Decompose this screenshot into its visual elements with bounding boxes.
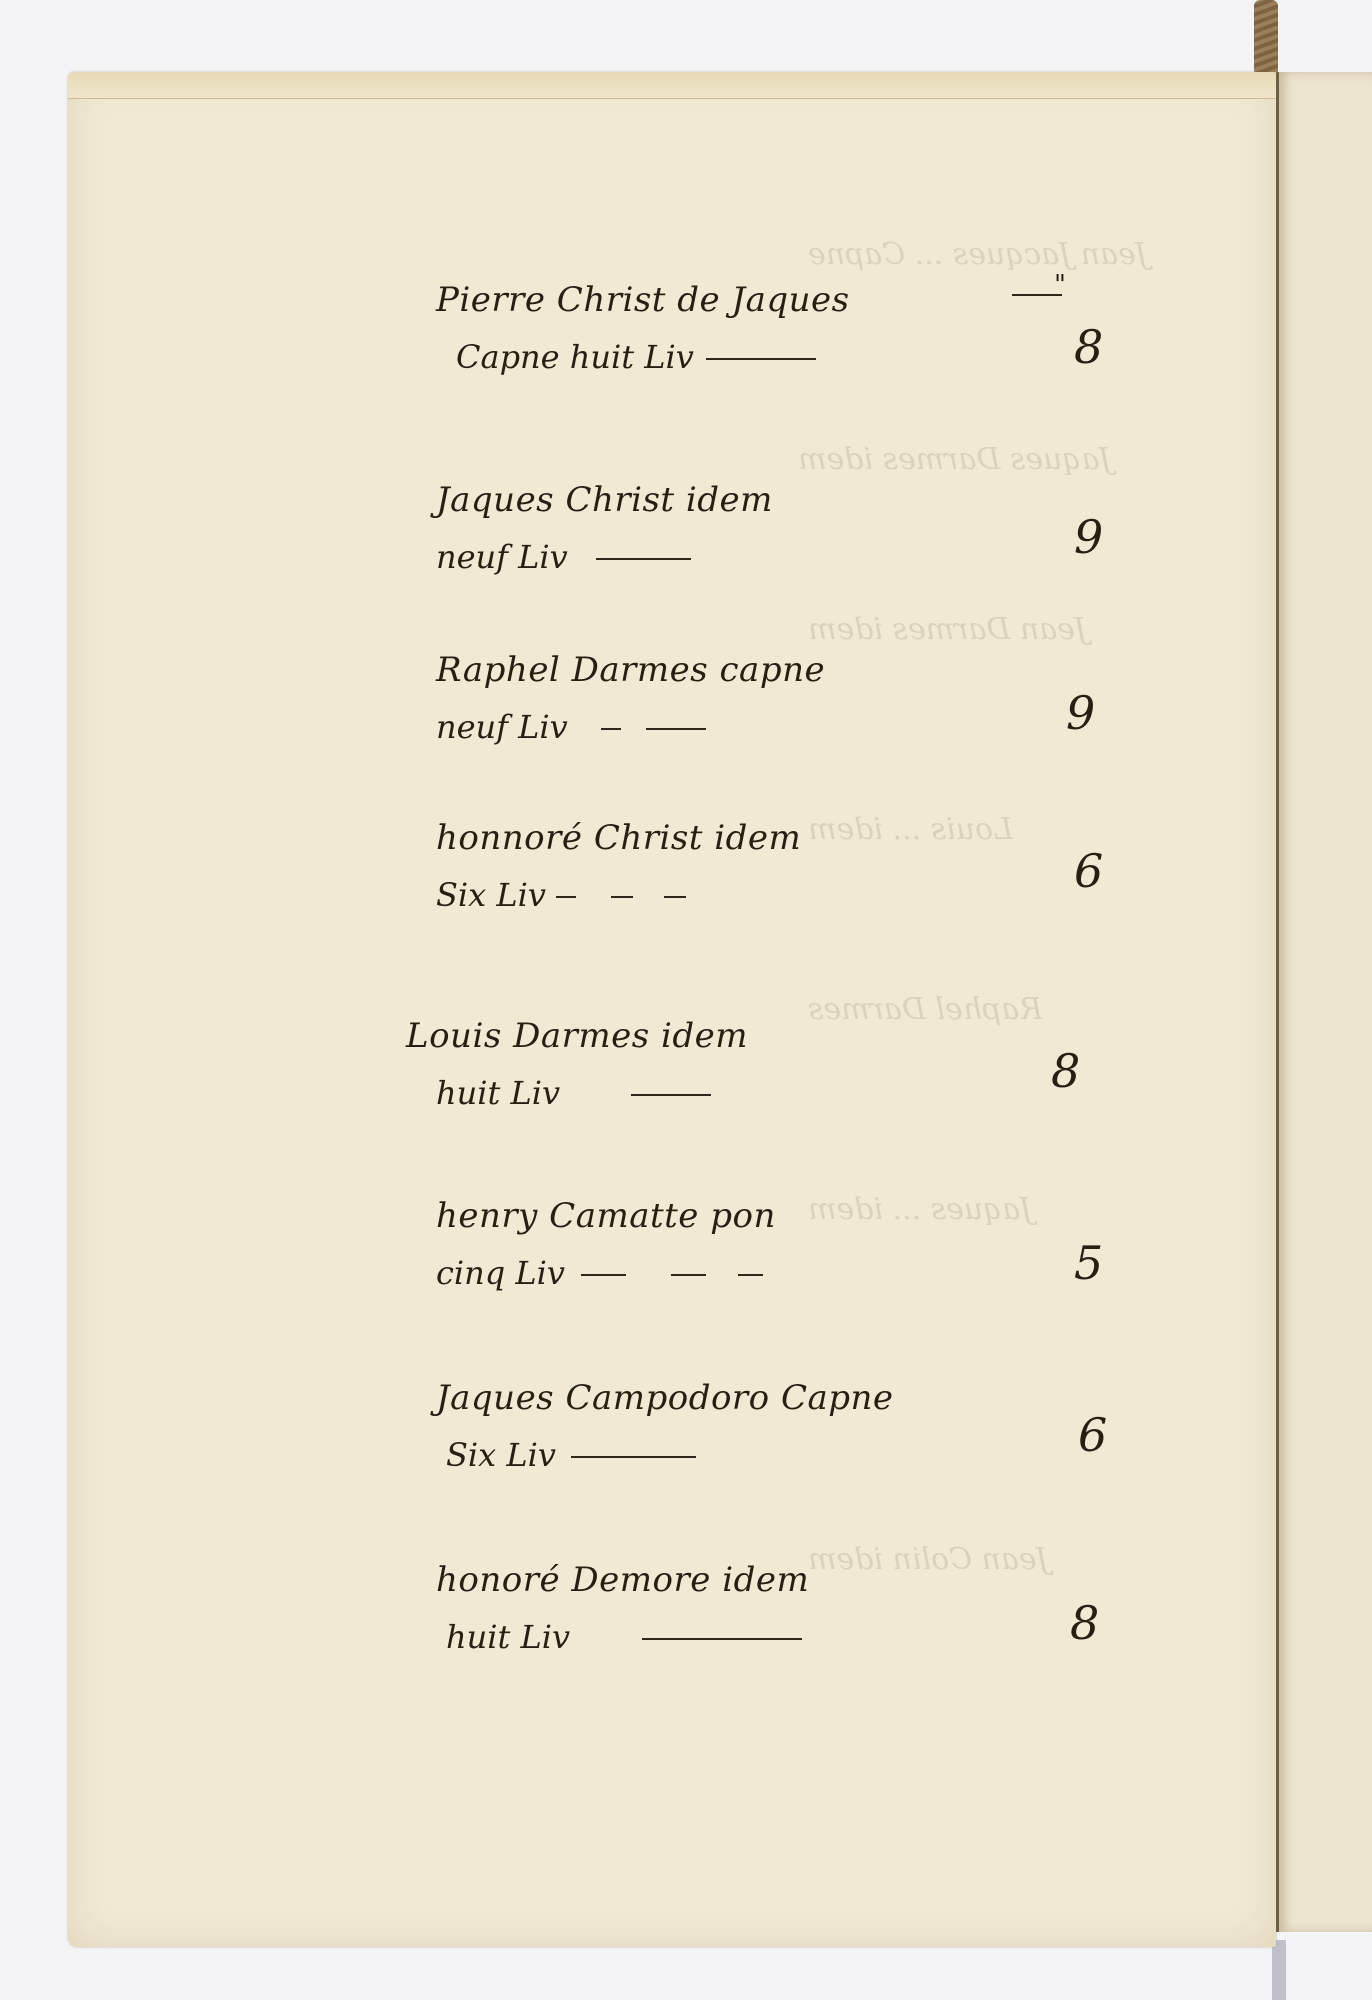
entry-amount-words: Capne huit Liv (456, 338, 694, 376)
ledger-entry: Jaques Christ idem neuf Liv 9 (406, 480, 1106, 630)
entry-rule (671, 1274, 706, 1276)
ledger-entries: Pierre Christ de Jaques Capne huit Liv "… (68, 72, 1276, 1947)
entry-name: Raphel Darmes capne (436, 650, 825, 690)
entry-value: 6 (1074, 844, 1103, 898)
entry-name: Jaques Campodoro Capne (436, 1378, 894, 1418)
entry-rule (556, 896, 576, 898)
binding-cord (1254, 0, 1278, 76)
ledger-entry: Pierre Christ de Jaques Capne huit Liv "… (406, 280, 1106, 430)
entry-amount-words: huit Liv (446, 1618, 570, 1656)
ledger-entry: Louis Darmes idem huit Liv 8 (406, 1016, 1106, 1166)
entry-amount-words: Six Liv (436, 876, 546, 914)
entry-value: 8 (1074, 320, 1103, 374)
entry-value: 9 (1074, 510, 1103, 564)
ledger-entry: Raphel Darmes capne neuf Liv 9 (406, 650, 1106, 800)
ledger-entry: honnoré Christ idem Six Liv 6 (406, 818, 1106, 968)
entry-name: Pierre Christ de Jaques (436, 280, 850, 320)
entry-value: 5 (1074, 1236, 1103, 1290)
entry-rule (738, 1274, 763, 1276)
ledger-entry: honoré Demore idem huit Liv 8 (406, 1560, 1106, 1710)
entry-rule (642, 1638, 802, 1640)
entry-rule (664, 896, 686, 898)
entry-value: 8 (1051, 1044, 1080, 1098)
entry-name: honnoré Christ idem (436, 818, 801, 858)
entry-rule (646, 728, 706, 730)
entry-amount-words: huit Liv (436, 1074, 560, 1112)
binding-cord-bottom (1272, 1940, 1286, 2000)
entry-name: Louis Darmes idem (406, 1016, 748, 1056)
ledger-entry: Jaques Campodoro Capne Six Liv 6 (406, 1378, 1106, 1528)
facing-page-edge (1276, 72, 1372, 1932)
entry-rule (581, 1274, 626, 1276)
entry-name: Jaques Christ idem (436, 480, 773, 520)
entry-rule (601, 728, 621, 730)
entry-value: 6 (1078, 1408, 1107, 1462)
ledger-entry: henry Camatte pon cinq Liv 5 (406, 1196, 1106, 1346)
entry-rule (596, 558, 691, 560)
entry-amount-words: neuf Liv (436, 708, 568, 746)
entry-value: 9 (1066, 686, 1095, 740)
entry-value: 8 (1070, 1596, 1099, 1650)
entry-name: honoré Demore idem (436, 1560, 809, 1600)
entry-amount-words: cinq Liv (436, 1254, 565, 1292)
entry-amount-words: neuf Liv (436, 538, 568, 576)
entry-rule (1012, 294, 1062, 296)
entry-rule (611, 896, 633, 898)
entry-rule (631, 1094, 711, 1096)
ledger-page: Jean Jacques ... Capne Jaques Darmes ide… (68, 72, 1276, 1947)
entry-rule (706, 358, 816, 360)
entry-name: henry Camatte pon (436, 1196, 776, 1236)
entry-rule (571, 1456, 696, 1458)
entry-amount-words: Six Liv (446, 1436, 556, 1474)
